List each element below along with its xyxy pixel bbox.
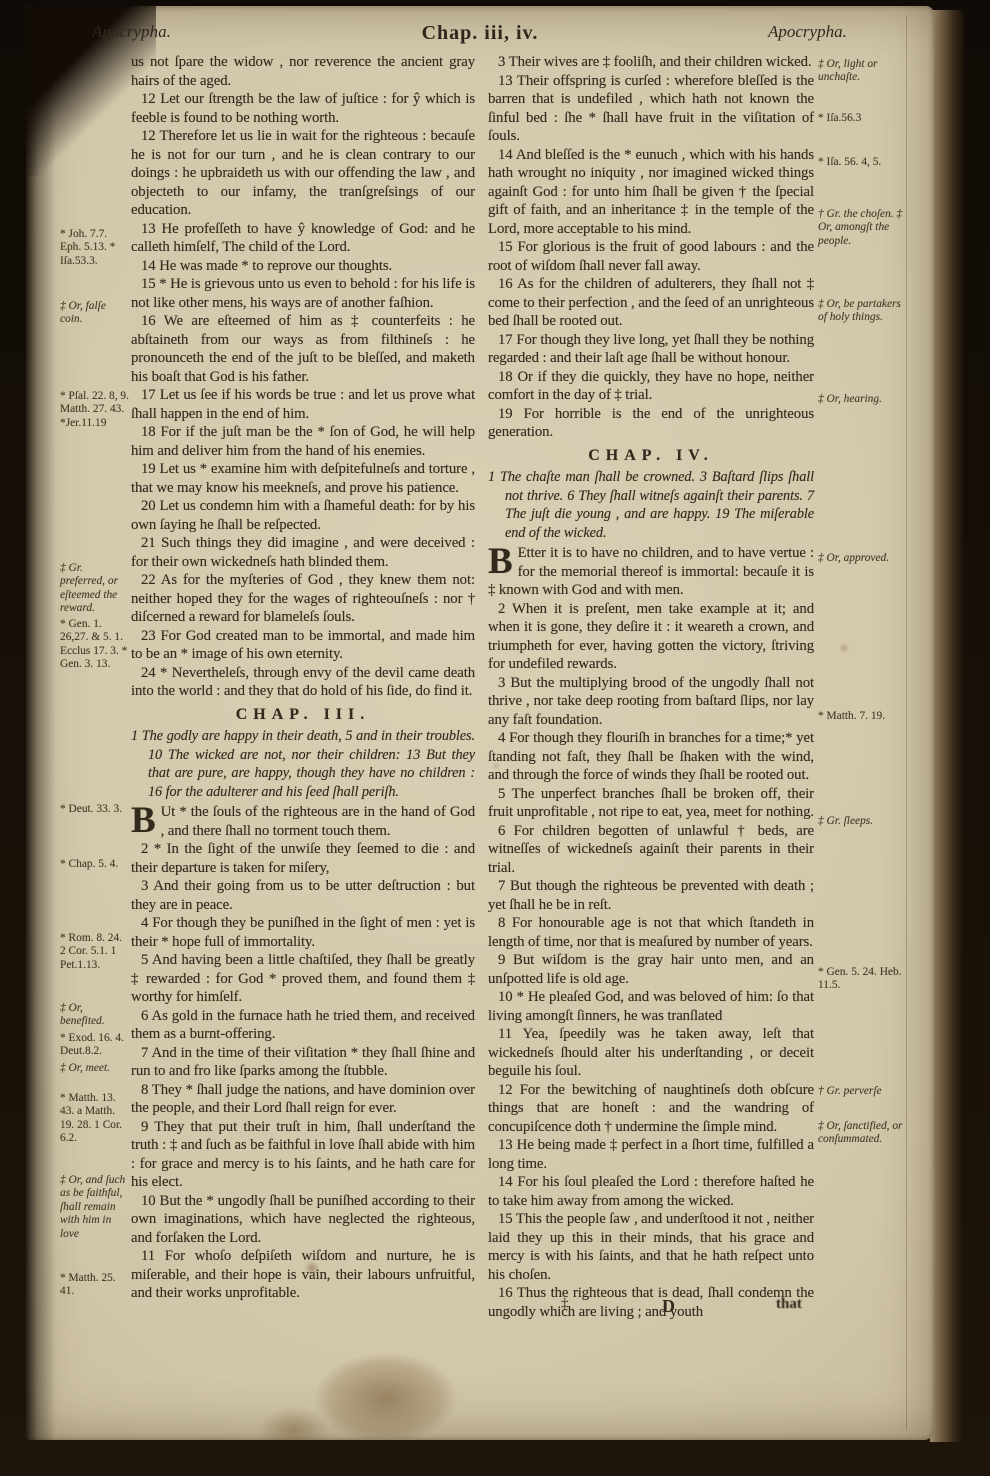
running-head-center: Chap. iii, iv. xyxy=(370,22,590,45)
margin-note: ‡ Or, approved. xyxy=(818,552,906,565)
footnote-mark: ‡ xyxy=(561,1296,569,1313)
margin-note: ‡ Or, benefited. xyxy=(60,1002,130,1029)
margin-note: * Matth. 13. 43. a Matth. 19. 28. 1 Cor.… xyxy=(60,1092,130,1146)
right-text-column: 3 Their wives are ‡ fooliſh, and their c… xyxy=(488,53,814,1321)
verse: 3 And their going from us to be utter de… xyxy=(131,877,475,914)
verse: 8 They * ſhall judge the nations, and ha… xyxy=(131,1081,475,1118)
verse: 22 As for the myſteries of God , they kn… xyxy=(131,571,475,627)
verse: 17 For though they live long, yet ſhall … xyxy=(488,331,814,368)
verse: 7 And in the time of their viſitation * … xyxy=(131,1044,475,1081)
chapter4-argument: 1 The chaſte man ſhall be crowned. 3 Baſ… xyxy=(488,468,814,542)
margin-note: ‡ Or, meet. xyxy=(60,1062,130,1075)
verse: 7 But though the righteous be prevented … xyxy=(488,877,814,914)
margin-note: * Iſa. 56. 4, 5. xyxy=(818,156,906,169)
page-content: Apocrypha. Chap. iii, iv. Apocrypha. us … xyxy=(0,0,990,1476)
margin-note: ‡ Gr. ſleeps. xyxy=(818,815,906,828)
verse: 14 He was made * to reprove our thoughts… xyxy=(131,257,475,276)
drop-cap-initial: B xyxy=(131,803,161,837)
running-head-right: Apocrypha. xyxy=(768,22,847,42)
margin-note: * Exod. 16. 4. Deut.8.2. xyxy=(60,1032,130,1059)
chapter4-verses: BEtter it is to have no children, and to… xyxy=(488,544,814,1321)
margin-note: * Chap. 5. 4. xyxy=(60,858,130,871)
verse: 11 Yea, ſpeedily was he taken away, leſt… xyxy=(488,1025,814,1081)
verse: 2 When it is preſent, men take example a… xyxy=(488,600,814,674)
verse: 15 This the people ſaw , and underſtood … xyxy=(488,1210,814,1284)
margin-note: ‡ Or, hearing. xyxy=(818,393,906,406)
verse: 21 Such things they did imagine , and we… xyxy=(131,534,475,571)
margin-note: ‡ Or, ſanctified, or conſummated. xyxy=(818,1120,906,1147)
drop-cap-initial: B xyxy=(488,544,518,578)
verse: 19 For horrible is the end of the unrigh… xyxy=(488,405,814,442)
margin-note: ‡ Or, be partakers of holy things. xyxy=(818,298,906,325)
verse: 10 * He pleaſed God, and was beloved of … xyxy=(488,988,814,1025)
left-text-column: us not ſpare the widow , nor reverence t… xyxy=(131,53,475,1303)
verse: 3 Their wives are ‡ fooliſh, and their c… xyxy=(488,53,814,72)
verse: 13 He profeſſeth to have ŷ knowledge of … xyxy=(131,220,475,257)
verse: BUt * the ſouls of the righteous are in … xyxy=(131,803,475,840)
verse: 6 As gold in the furnace hath he tried t… xyxy=(131,1007,475,1044)
margin-note: ‡ Or, and ſuch as be faithful, ſhall rem… xyxy=(60,1174,130,1241)
verse: 12 Let our ſtrength be the law of juſtic… xyxy=(131,90,475,127)
verse: 15 For glorious is the fruit of good lab… xyxy=(488,238,814,275)
chapter2-verses: us not ſpare the widow , nor reverence t… xyxy=(131,53,475,701)
margin-note: * Joh. 7.7. Eph. 5.13. * Iſa.53.3. xyxy=(60,228,130,268)
margin-note: * Matth. 25. 41. xyxy=(60,1272,130,1299)
verse: 5 And having been a little chaſtiſed, th… xyxy=(131,951,475,1007)
verse: 14 And bleſſed is the * eunuch , which w… xyxy=(488,146,814,239)
verse: 23 For God created man to be immortal, a… xyxy=(131,627,475,664)
chapter4-heading: CHAP. IV. xyxy=(488,447,814,466)
verse: 12 Therefore let us lie in wait for the … xyxy=(131,127,475,220)
verse: 9 But wiſdom is the gray hair unto men, … xyxy=(488,951,814,988)
verse: 6 For children begotten of unlawful † be… xyxy=(488,822,814,878)
verse: 18 Or if they die quickly, they have no … xyxy=(488,368,814,405)
margin-note: ‡ Or, falſe coin. xyxy=(60,300,130,327)
margin-note: * Gen. 1. 26,27. & 5. 1. Ecclus 17. 3. *… xyxy=(60,618,130,672)
margin-note: * Matth. 7. 19. xyxy=(818,710,906,723)
verse: us not ſpare the widow , nor reverence t… xyxy=(131,53,475,90)
verse: 18 For if the juſt man be the * ſon of G… xyxy=(131,423,475,460)
scanned-book-page: Apocrypha. Chap. iii, iv. Apocrypha. us … xyxy=(0,0,990,1476)
margin-note: * Pſal. 22. 8, 9. Matth. 27. 43. *Jer.11… xyxy=(60,390,130,430)
verse: 16 Thus the righteous that is dead, ſhal… xyxy=(488,1284,814,1321)
verse: 12 For the bewitching of naughtineſs dot… xyxy=(488,1081,814,1137)
verse: 4 For though they be puniſhed in the ſig… xyxy=(131,914,475,951)
chapter3-verses: BUt * the ſouls of the righteous are in … xyxy=(131,803,475,1303)
signature-mark: D xyxy=(662,1296,675,1317)
verse: 17 Let us ſee if his words be true : and… xyxy=(131,386,475,423)
verse: 16 As for the children of adulterers, th… xyxy=(488,275,814,331)
verse: 4 For though they flouriſh in branches f… xyxy=(488,729,814,785)
margin-note: † Gr. perverſe xyxy=(818,1085,906,1098)
chapter3-heading: CHAP. III. xyxy=(131,706,475,725)
margin-note: * Iſa.56.3 xyxy=(818,112,906,125)
margin-note: ‡ Gr. preferred, or eſteemed the reward. xyxy=(60,562,130,616)
verse: 13 Their offspring is curſed : wherefore… xyxy=(488,72,814,146)
verse: 5 The unperfect branches ſhall be broken… xyxy=(488,785,814,822)
verse: 3 But the multiplying brood of the ungod… xyxy=(488,674,814,730)
verse: 8 For honourable age is not that which ſ… xyxy=(488,914,814,951)
chapter3-verses-continued: 3 Their wives are ‡ fooliſh, and their c… xyxy=(488,53,814,442)
verse: 13 He being made ‡ perfect in a ſhort ti… xyxy=(488,1136,814,1173)
margin-note: † Gr. the choſen. ‡ Or, amongſt the peop… xyxy=(818,208,906,248)
margin-note: * Rom. 8. 24. 2 Cor. 5.1. 1 Pet.1.13. xyxy=(60,932,130,972)
chapter3-argument: 1 The godly are happy in their death, 5 … xyxy=(131,727,475,801)
verse: 24 * Nevertheleſs, through envy of the d… xyxy=(131,664,475,701)
margin-note: ‡ Or, light or unchaſte. xyxy=(818,58,906,85)
verse: 10 But the * ungodly ſhall be puniſhed a… xyxy=(131,1192,475,1248)
verse: 19 Let us * examine him with deſpitefuln… xyxy=(131,460,475,497)
verse: 2 * In the ſight of the unwiſe they ſeem… xyxy=(131,840,475,877)
verse: 15 * He is grievous unto us even to beho… xyxy=(131,275,475,312)
margin-note: * Deut. 33. 3. xyxy=(60,803,130,816)
verse: 9 They that put their truſt in him, ſhal… xyxy=(131,1118,475,1192)
verse: 11 For whoſo deſpiſeth wiſdom and nurtur… xyxy=(131,1247,475,1303)
running-head-left: Apocrypha. xyxy=(92,22,171,42)
verse: 16 We are eſteemed of him as ‡ counterfe… xyxy=(131,312,475,386)
verse: 14 For his ſoul pleaſed the Lord : there… xyxy=(488,1173,814,1210)
verse: 20 Let us condemn him with a ſhameful de… xyxy=(131,497,475,534)
margin-note: * Gen. 5. 24. Heb. 11.5. xyxy=(818,966,906,993)
verse: BEtter it is to have no children, and to… xyxy=(488,544,814,600)
catchword: that xyxy=(776,1296,802,1313)
